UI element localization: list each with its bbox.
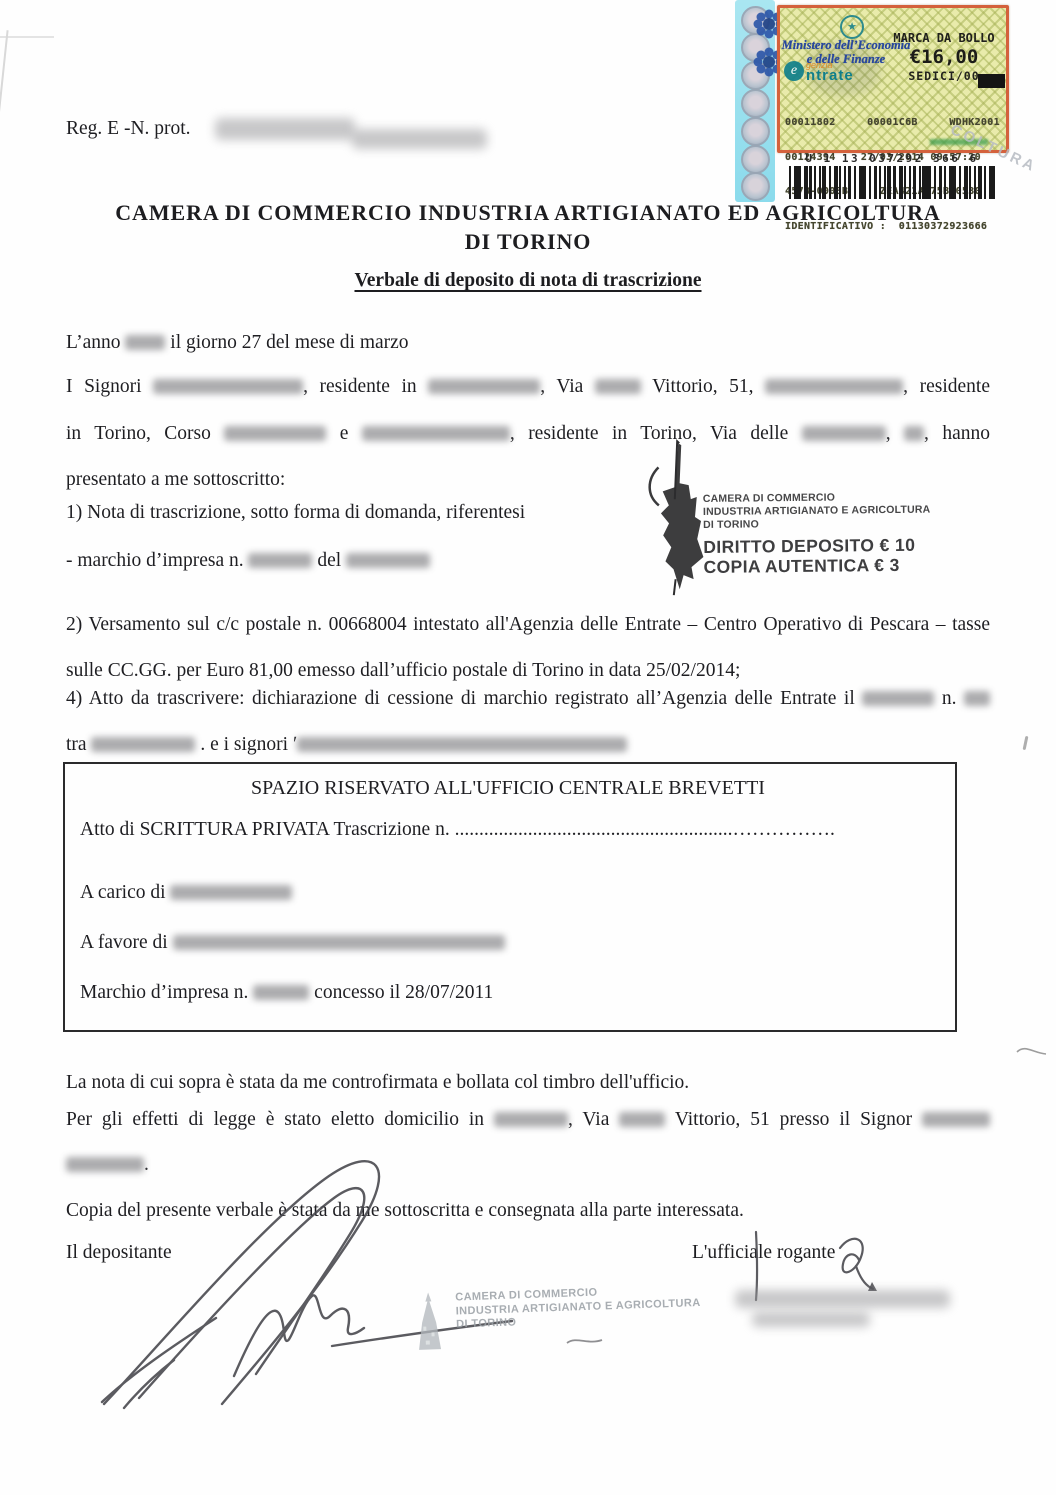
scan-artifact-line (0, 30, 9, 118)
paragraph-versamento-line2: sulle CC.GG. per Euro 81,00 emesso dall’… (66, 658, 990, 684)
redacted-text (173, 935, 505, 950)
redacted-text (595, 379, 641, 394)
stray-pen-mark (566, 1334, 604, 1350)
redacted-text (170, 885, 292, 900)
seal-icon (741, 172, 770, 201)
redacted-text (619, 1112, 665, 1127)
redacted-text (428, 379, 540, 394)
paragraph-anno: L’anno il giorno 27 del mese di marzo (66, 330, 990, 356)
redacted-text (862, 691, 934, 706)
redacted-text (153, 379, 303, 394)
paragraph-versamento-line1: 2) Versamento sul c/c postale n. 0066800… (66, 612, 990, 638)
mole-ink-blot-icon (644, 439, 708, 596)
brevetti-marchio-line: Marchio d’impresa n. concesso il 28/07/2… (80, 980, 940, 1006)
redacted-text (494, 1112, 568, 1127)
fee-stamp-line: DI TORINO (703, 517, 931, 532)
barcode-number: U 1 13 037292 366 6 (789, 152, 995, 165)
italy-emblem-icon: ★ (840, 15, 864, 39)
stray-pen-mark (1016, 1042, 1048, 1058)
mole-antonelliana-icon (412, 1292, 448, 1351)
redacted-text (297, 737, 627, 752)
seal-icon (741, 89, 770, 118)
barcode-bars-icon (789, 166, 995, 199)
deposit-fee-line: DIRITTO DEPOSITO € 10 (703, 535, 915, 557)
brevetti-a-favore-line: A favore di (80, 930, 940, 956)
redacted-officer-name (752, 1312, 870, 1327)
redacted-text (765, 379, 903, 394)
paragraph-effetti-line1: Per gli effetti di legge è stato eletto … (66, 1107, 990, 1133)
registry-line: Reg. E -N. prot. (66, 116, 990, 142)
redacted-text (248, 553, 312, 568)
redacted-text (91, 737, 195, 752)
paragraph-nota-sopra: La nota di cui sopra è stata da me contr… (66, 1070, 990, 1096)
brevetti-atto-line: Atto di SCRITTURA PRIVATA Trascrizione n… (80, 817, 940, 843)
redacted-text (362, 426, 510, 441)
redacted-text (125, 335, 165, 350)
agenzia-bottom-label: ntrate (806, 69, 854, 83)
document-title-line1: CAMERA DI COMMERCIO INDUSTRIA ARTIGIANAT… (66, 200, 990, 226)
redacted-text (224, 426, 326, 441)
brevetti-box-title: SPAZIO RISERVATO ALL'UFFICIO CENTRALE BR… (63, 775, 953, 801)
copy-fee-line: COPIA AUTENTICA € 3 (703, 555, 915, 577)
seal-icon (741, 145, 770, 174)
redacted-protocol-number (352, 129, 487, 149)
barcode: U 1 13 037292 366 6 (789, 152, 995, 199)
marca-da-bollo-label: MARCA DA BOLLO (890, 31, 998, 45)
bollo-amount: €16,00 (890, 46, 998, 68)
scanned-document-page: ★ Ministero dell’Economia e delle Finanz… (0, 0, 1056, 1495)
fee-stamp-header: CAMERA DI COMMERCIO INDUSTRIA ARTIGIANAT… (703, 491, 931, 532)
redacted-text (922, 1112, 990, 1127)
fee-stamp-line: INDUSTRIA ARTIGIANATO E AGRICOLTURA (703, 504, 931, 519)
document-subtitle: Verbale di deposito di nota di trascrizi… (66, 270, 990, 292)
agenzia-entrate-logo: e genzia ntrate (784, 61, 854, 83)
marca-da-bollo-stamp: ★ Ministero dell’Economia e delle Finanz… (733, 0, 1055, 210)
chamber-footer-stamp: CAMERA DI COMMERCIO INDUSTRIA ARTIGIANAT… (412, 1283, 702, 1351)
depositante-signature (84, 1146, 534, 1412)
bollo-redaction-bar (978, 74, 1005, 88)
redacted-text (964, 691, 990, 706)
redacted-text (253, 985, 309, 1000)
document-title-line2: DI TORINO (66, 229, 990, 255)
stray-pen-mark (1023, 736, 1029, 750)
fee-stamp-amounts: DIRITTO DEPOSITO € 10 COPIA AUTENTICA € … (703, 535, 915, 577)
registry-label: Reg. E -N. prot. (66, 118, 191, 139)
redacted-officer-name (735, 1290, 950, 1308)
brevetti-a-carico-line: A carico di (80, 880, 940, 906)
scan-artifact-line (0, 36, 54, 38)
agenzia-e-icon: e (784, 61, 804, 81)
redacted-protocol-number (215, 118, 355, 140)
chamber-fee-stamp: CAMERA DI COMMERCIO INDUSTRIA ARTIGIANAT… (644, 436, 946, 599)
paragraph-atto-line2: tra . e i signori ʹ (66, 732, 990, 758)
paragraph-atto-line1: 4) Atto da trascrivere: dichiarazione di… (66, 686, 990, 712)
paragraph-signori-line1: I Signori , residente in , Via Vittorio,… (66, 374, 990, 400)
redacted-text (346, 553, 430, 568)
